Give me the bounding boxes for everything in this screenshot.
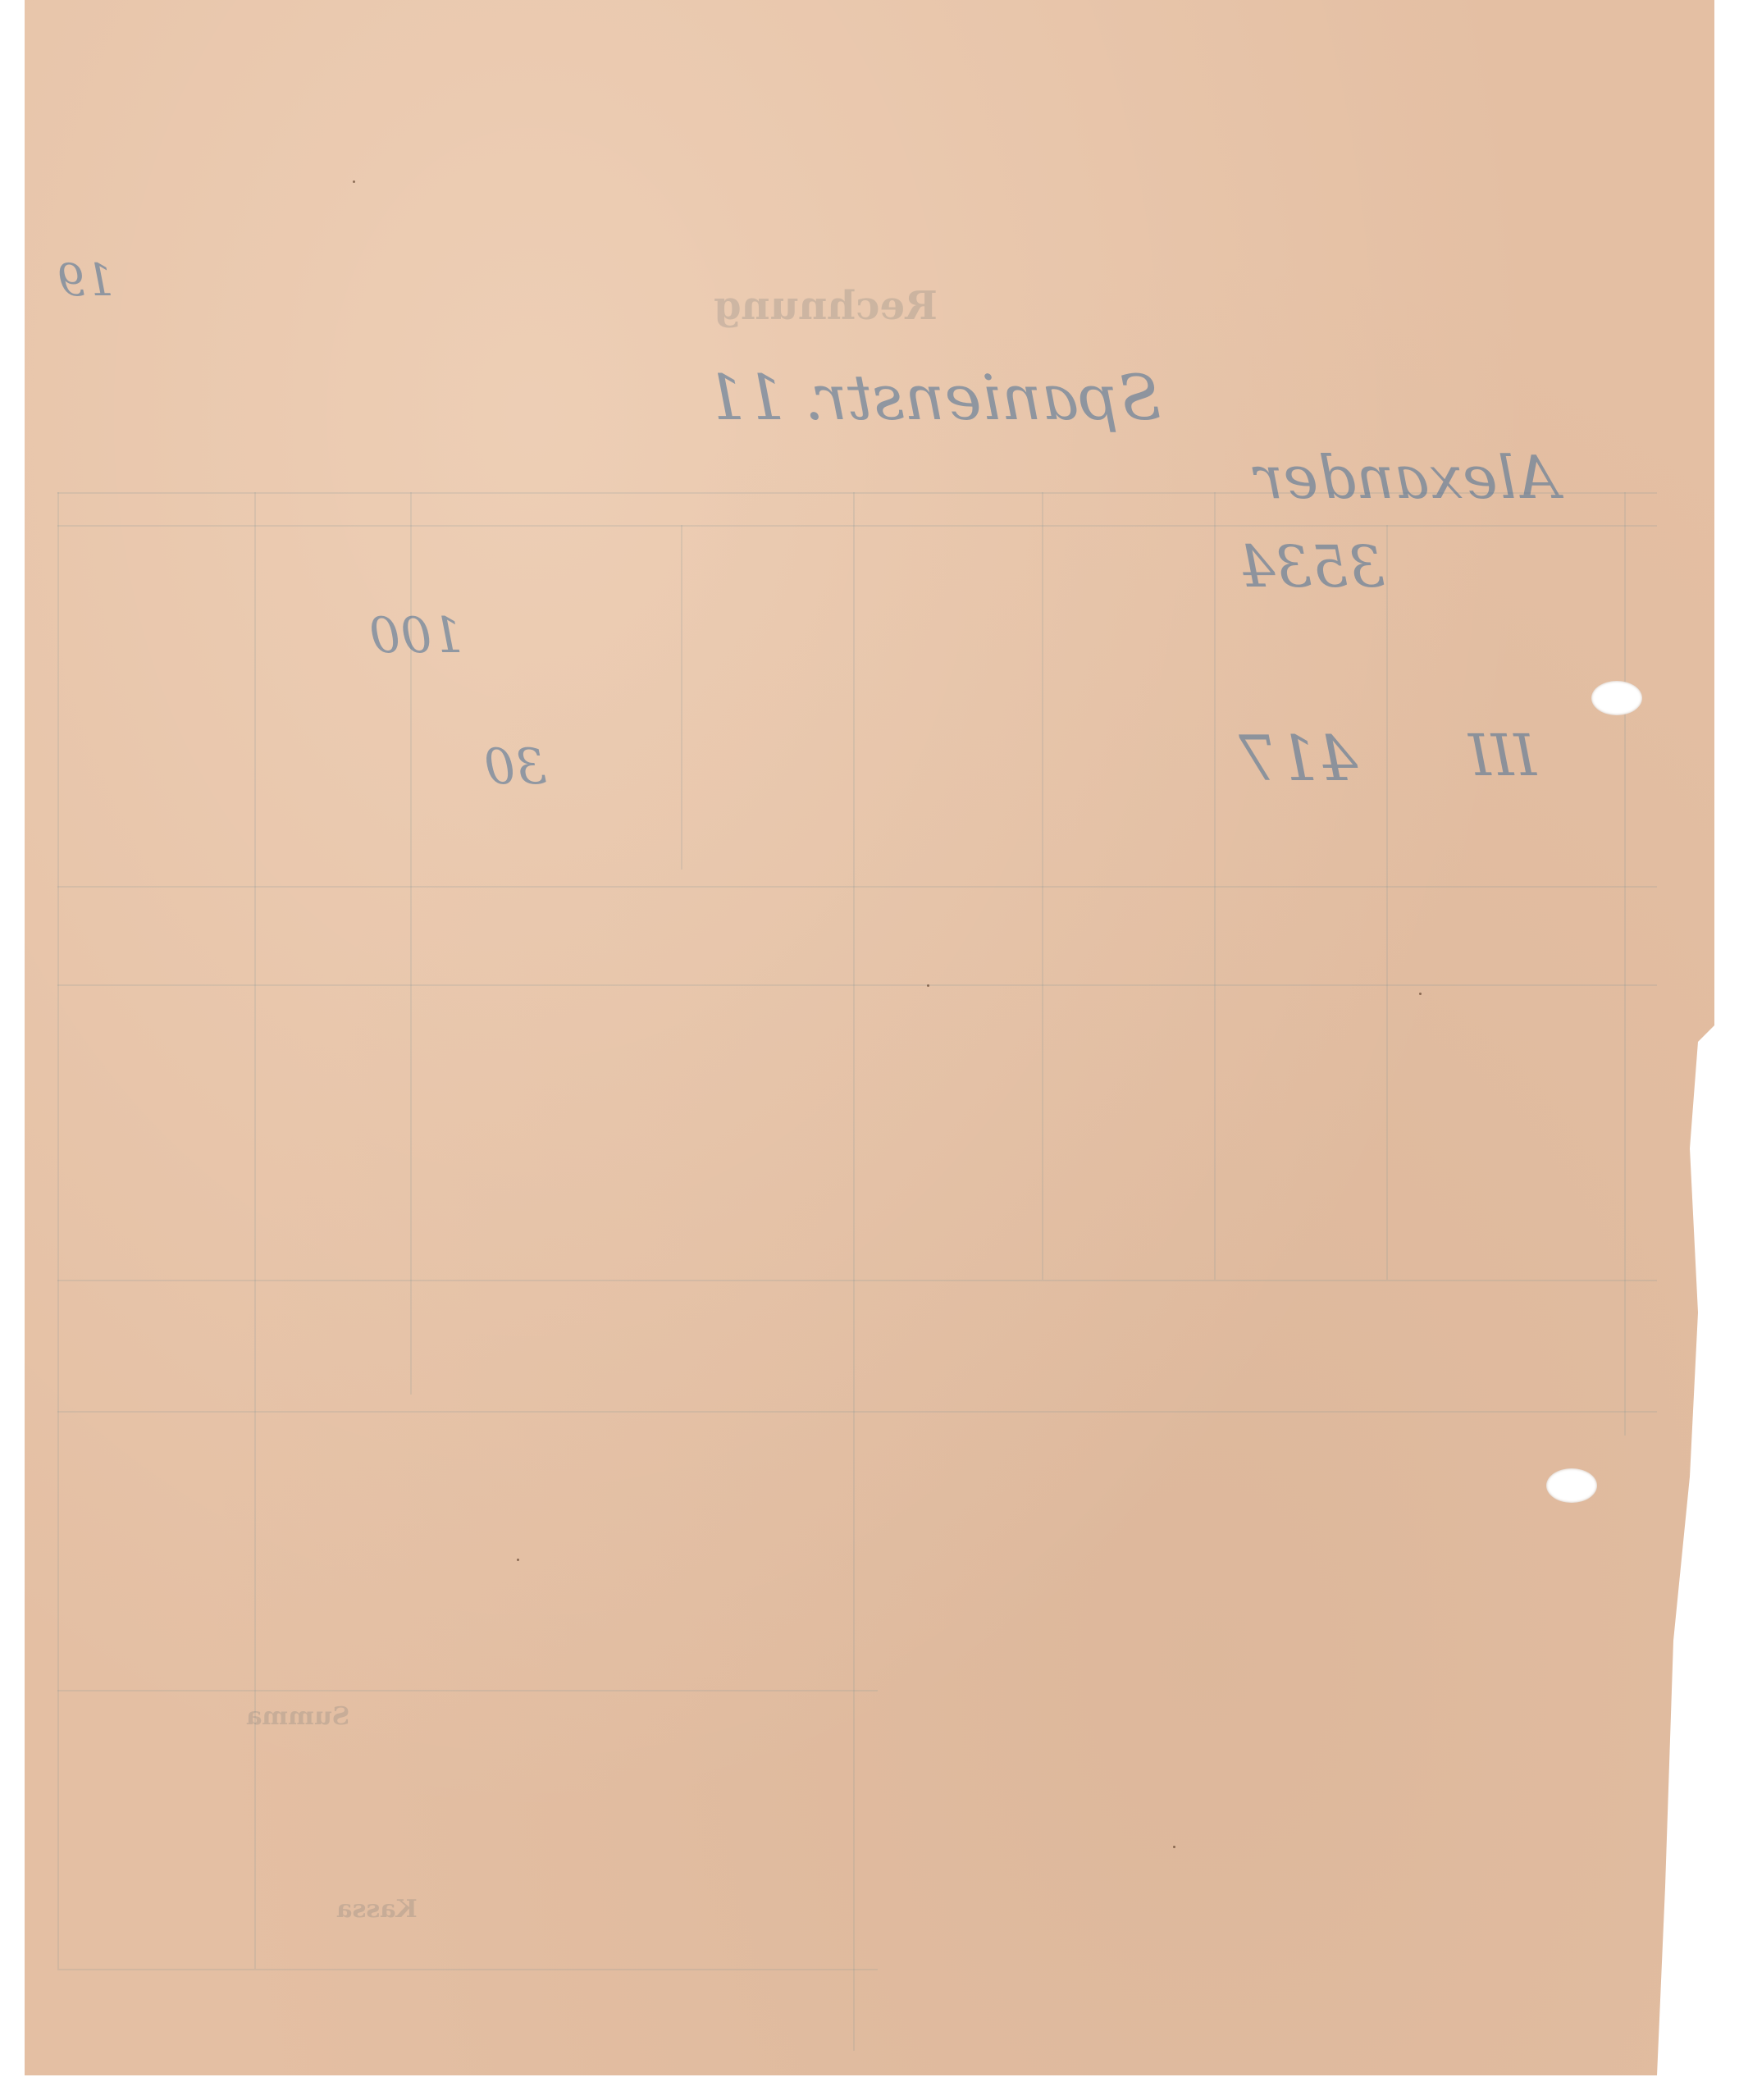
handwriting-bleed: Alexander xyxy=(1255,443,1559,512)
grid-line xyxy=(1624,492,1626,1436)
footer-print-bleed: Summa xyxy=(246,1702,349,1731)
grid-line xyxy=(853,492,855,2051)
grid-line xyxy=(254,492,256,1969)
paper-speck xyxy=(517,1559,519,1561)
grid-line xyxy=(57,1280,1657,1281)
handwriting-bleed: 30 xyxy=(484,738,546,796)
number-bleed: 417 xyxy=(1239,722,1358,795)
grid-line xyxy=(57,984,1657,986)
paper-speck xyxy=(927,984,929,987)
grid-line xyxy=(57,492,59,1969)
grid-line xyxy=(1042,492,1043,1280)
grid-line xyxy=(681,525,682,870)
number-bleed: 3534 xyxy=(1239,533,1385,600)
grid-line xyxy=(57,1411,1657,1413)
grid-line xyxy=(1214,492,1216,1280)
grid-line xyxy=(57,886,1657,888)
header-print-bleed: Rechnung xyxy=(714,283,938,329)
footer-print-bleed: Kassa xyxy=(336,1895,418,1924)
handwriting-bleed: 100 xyxy=(369,607,463,664)
punch-hole xyxy=(1546,1468,1597,1503)
roman-marker-bleed: III xyxy=(1468,722,1536,789)
year-mark-bleed: 19 xyxy=(57,254,114,306)
grid-line xyxy=(57,1690,878,1691)
paper-speck xyxy=(1419,993,1422,995)
paper-speck xyxy=(353,180,355,183)
grid-line xyxy=(1386,525,1388,1280)
grid-line xyxy=(57,1969,878,1970)
paper-speck xyxy=(1173,1846,1175,1848)
punch-hole xyxy=(1591,681,1642,715)
handwriting-bleed: Spanienstr. 11 xyxy=(705,361,1162,434)
grid-line xyxy=(57,525,1657,527)
paper-sheet: Rechnung Summa Kassa Spanienstr. 11 Alex… xyxy=(25,0,1714,2075)
